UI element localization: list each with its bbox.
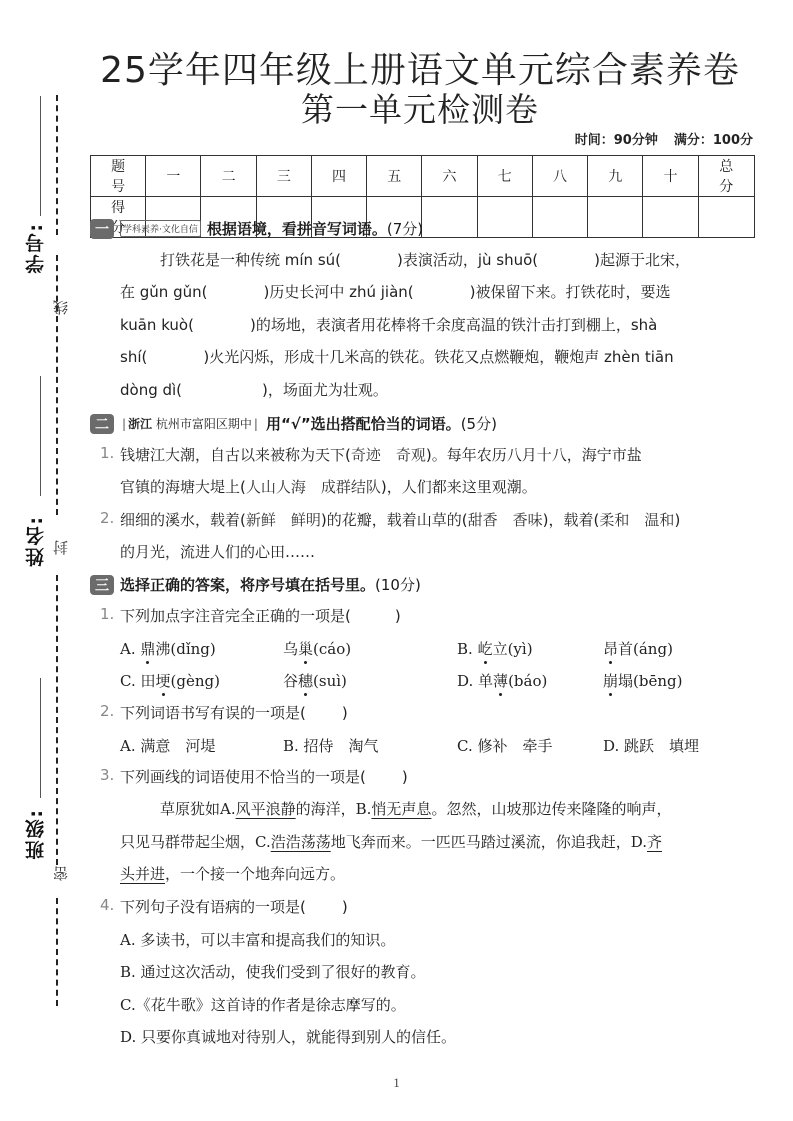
question-number: 2.: [100, 509, 114, 527]
exam-full-score: 满分：100分: [674, 133, 753, 148]
question-number: 2.: [100, 702, 114, 720]
option-d1[interactable]: D. 单薄(báo): [457, 670, 547, 691]
score-cell[interactable]: [643, 197, 698, 238]
question-stem: 下列词语书写有误的一项是(): [120, 702, 348, 723]
passage-line: 头并进，一个接一个地奔向远方。: [120, 863, 345, 884]
word-choice[interactable]: 奇观: [396, 446, 426, 464]
section-2-header: 二 |浙江 杭州市富阳区期中| 用“√”选出搭配恰当的词语。 (5分): [90, 413, 497, 434]
section-points: (10分): [375, 574, 421, 595]
col-header-total: 总 分: [698, 156, 754, 197]
passage-line: shí()火光闪烁，形成十几米高的铁花。铁花又点燃鞭炮，鞭炮声 zhèn tiā…: [120, 346, 674, 367]
option-d[interactable]: D. 跳跃 填埋: [603, 735, 699, 756]
student-id-label: 学号:: [22, 222, 49, 274]
word-choice[interactable]: 甜香: [468, 511, 498, 529]
col-header: 六: [422, 156, 477, 197]
question-stem: 下列句子没有语病的一项是(): [120, 896, 348, 917]
exam-time: 时间：90分钟: [575, 133, 658, 148]
col-header: 九: [588, 156, 643, 197]
word-choice[interactable]: 柔和: [599, 511, 629, 529]
score-cell-total[interactable]: [698, 197, 754, 238]
section-badge: 三: [90, 575, 114, 595]
word-choice[interactable]: 人山人海: [246, 478, 306, 496]
underlined-word: 悄无声息: [371, 800, 431, 818]
score-cell[interactable]: [588, 197, 643, 238]
question-line: 的月光，流进人们的心田……: [120, 541, 315, 562]
option-a2[interactable]: 乌巢(cáo): [283, 638, 351, 659]
option-a1[interactable]: A. 鼎沸(dǐng): [120, 638, 216, 659]
binding-margin: 学号: 线 姓名: 封 班级: 密: [0, 0, 90, 1121]
question-number: 1.: [100, 444, 114, 462]
col-header: 二: [201, 156, 256, 197]
passage-line: 在 gǔn gǔn()历史长河中 zhú jiàn()被保留下来。打铁花时，要选: [120, 281, 671, 302]
section-badge: 二: [90, 414, 114, 434]
underlined-word: 齐: [647, 833, 662, 851]
score-cell[interactable]: [532, 197, 587, 238]
underlined-word: 风平浪静: [236, 800, 296, 818]
passage-line: dòng dì()，场面尤为壮观。: [120, 379, 388, 400]
seal-text-secret: 密: [50, 866, 71, 881]
word-choice[interactable]: 新鲜: [246, 511, 276, 529]
seal-dashed-line: [56, 898, 58, 1006]
col-header: 八: [532, 156, 587, 197]
row-label-question-number: 题 号: [91, 156, 146, 197]
section-title: 选择正确的答案，将序号填在括号里。: [120, 574, 375, 595]
option-c[interactable]: C. 修补 牵手: [457, 735, 552, 756]
score-cell[interactable]: [477, 197, 532, 238]
question-line: 细细的溪水，载着(新鲜 鲜明)的花瓣，载着山草的(甜香 香味)，载着(柔和 温和…: [120, 509, 680, 530]
option-d[interactable]: D. 只要你真诚地对待别人，就能得到别人的信任。: [120, 1026, 456, 1047]
col-header: 十: [643, 156, 698, 197]
passage-line: 草原犹如A.风平浪静的海洋，B.悄无声息。忽然，山坡那边传来隆隆的响声，: [160, 798, 671, 819]
section-3-header: 三 选择正确的答案，将序号填在括号里。 (10分): [90, 574, 421, 595]
word-choice[interactable]: 温和: [644, 511, 674, 529]
option-a[interactable]: A. 满意 河堤: [120, 735, 215, 756]
page-number: 1: [0, 1075, 793, 1091]
seal-dashed-line: [56, 575, 58, 865]
col-header: 五: [367, 156, 422, 197]
name-fill-line[interactable]: [40, 376, 41, 496]
question-number: 4.: [100, 896, 114, 914]
option-c2[interactable]: 谷穗(suì): [283, 670, 347, 691]
section-source: |浙江 杭州市富阳区期中|: [120, 415, 260, 432]
col-header: 七: [477, 156, 532, 197]
question-line: 钱塘江大潮，自古以来被称为天下(奇迹 奇观)。每年农历八月十八，海宁市盐: [120, 444, 642, 465]
seal-text-seal: 封: [50, 540, 71, 555]
col-header: 三: [256, 156, 311, 197]
question-stem: 下列画线的词语使用不恰当的一项是(): [120, 766, 408, 787]
name-label: 姓名:: [22, 515, 49, 567]
score-table-header-row: 题 号 一 二 三 四 五 六 七 八 九 十 总 分: [91, 156, 755, 197]
option-c[interactable]: C.《花牛歌》这首诗的作者是徐志摩写的。: [120, 994, 406, 1015]
question-stem: 下列加点字注音完全正确的一项是(): [120, 605, 401, 626]
score-cell[interactable]: [422, 197, 477, 238]
question-number: 1.: [100, 605, 114, 623]
question-number: 3.: [100, 766, 114, 784]
option-a[interactable]: A. 多读书，可以丰富和提高我们的知识。: [120, 929, 395, 950]
option-b[interactable]: B. 通过这次活动，使我们受到了很好的教育。: [120, 961, 426, 982]
section-points: (7分): [387, 218, 423, 239]
section-1-header: 一 学科素养·文化自信 根据语境，看拼音写词语。 (7分): [90, 218, 423, 239]
option-b2[interactable]: 昂首(áng): [603, 638, 673, 659]
question-line: 官镇的海塘大堤上(人山人海 成群结队)，人们都来这里观潮。: [120, 476, 537, 497]
option-b[interactable]: B. 招侍 淘气: [283, 735, 379, 756]
seal-text-line: 线: [50, 300, 71, 315]
option-c1[interactable]: C. 田埂(gèng): [120, 670, 220, 691]
option-d2[interactable]: 崩塌(bēng): [603, 670, 682, 691]
passage-line: 只见马群带起尘烟，C.浩浩荡荡地飞奔而来。一匹匹马踏过溪流，你追我赶，D.齐: [120, 831, 662, 852]
underlined-word: 头并进: [120, 865, 165, 883]
section-title: 根据语境，看拼音写词语。: [207, 218, 387, 239]
word-choice[interactable]: 成群结队: [321, 478, 381, 496]
section-badge: 一: [90, 219, 114, 239]
passage-line: 打铁花是一种传统 mín sú()表演活动，jù shuō()起源于北宋，: [160, 249, 690, 270]
word-choice[interactable]: 鲜明: [291, 511, 321, 529]
col-header: 一: [146, 156, 201, 197]
word-choice[interactable]: 奇迹: [351, 446, 381, 464]
class-fill-line[interactable]: [40, 678, 41, 798]
exam-meta: 时间：90分钟满分：100分: [575, 129, 753, 148]
exam-subtitle: 第一单元检测卷: [100, 84, 740, 131]
col-header: 四: [311, 156, 366, 197]
section-tag: 学科素养·文化自信: [120, 220, 201, 237]
option-b1[interactable]: B. 屹立(yì): [457, 638, 533, 659]
student-id-fill-line[interactable]: [40, 96, 41, 216]
passage-line: kuān kuò()的场地，表演者用花棒将千余度高温的铁汁击打到棚上，shà: [120, 314, 657, 335]
seal-dashed-line: [56, 95, 58, 235]
underlined-word: 浩浩荡荡: [271, 833, 331, 851]
section-points: (5分): [461, 413, 497, 434]
section-title: 用“√”选出搭配恰当的词语。: [266, 413, 461, 434]
seal-dashed-line: [56, 255, 58, 515]
class-label: 班级:: [22, 808, 49, 860]
word-choice[interactable]: 香味: [513, 511, 543, 529]
